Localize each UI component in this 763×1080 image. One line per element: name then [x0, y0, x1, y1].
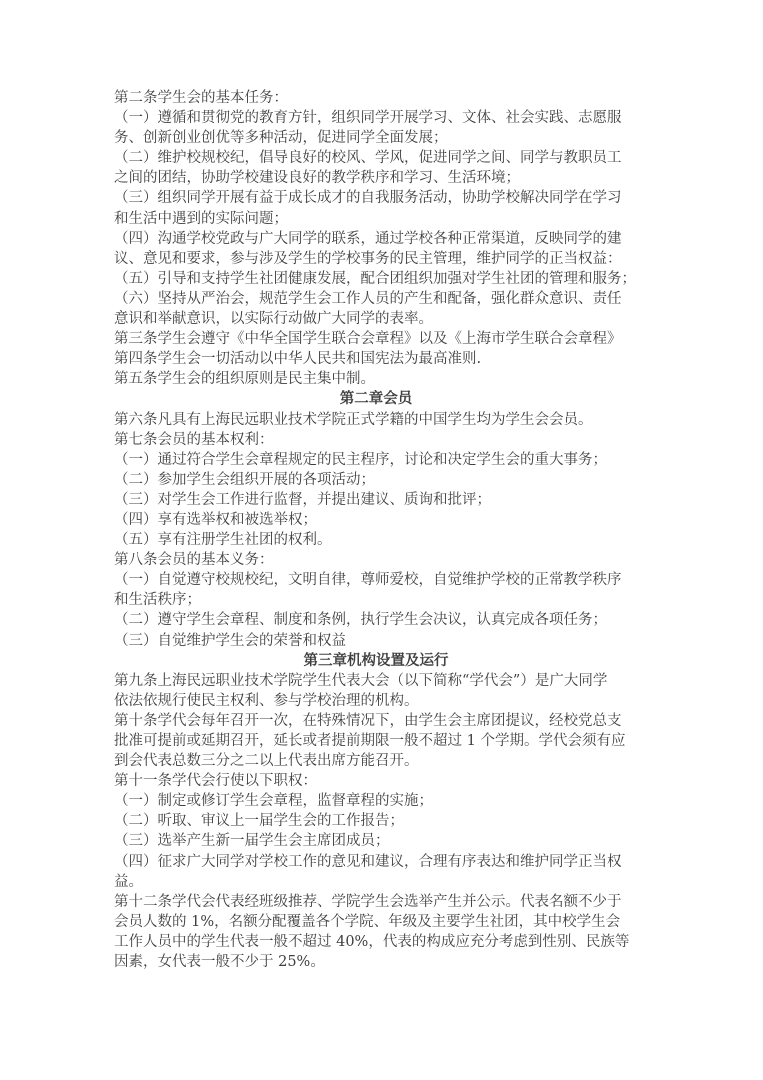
document-text-line: 第三条学生会遵守《中华全国学生联合会章程》以及《上海市学生联合会章程》 — [114, 329, 638, 349]
document-text-line: 批准可提前或延期召开，延长或者提前期限一般不超过 1 个学期。学代会须有应 — [114, 731, 638, 751]
document-text-line: （四）享有选举权和被选举权； — [114, 510, 638, 530]
document-text-line: 和生活中遇到的实际问题； — [114, 209, 638, 229]
document-text-line: （六）坚持从严治会，规范学生会工作人员的产生和配备，强化群众意识、责任 — [114, 289, 638, 309]
document-text-line: （三）组织同学开展有益于成长成才的自我服务活动，协助学校解决同学在学习 — [114, 188, 638, 208]
document-text-line: 因素，女代表一般不少于 25%。 — [114, 952, 638, 972]
document-text-line: （三）选举产生新一届学生会主席团成员； — [114, 831, 638, 851]
document-text-line: 意识和举献意识，以实际行动做广大同学的表率。 — [114, 309, 638, 329]
document-text-line: 工作人员中的学生代表一般不超过 40%，代表的构成应充分考虑到性别、民族等 — [114, 932, 638, 952]
document-text-line: （三）自觉维护学生会的荣誉和权益 — [114, 631, 638, 651]
document-text-line: 第六条凡具有上海民远职业技术学院正式学籍的中国学生均为学生会会员。 — [114, 410, 638, 430]
document-text-line: 第四条学生会一切活动以中华人民共和国宪法为最高准则. — [114, 349, 638, 369]
document-text-line: 第十条学代会每年召开一次，在特殊情况下，由学生会主席团提议，经校党总支 — [114, 711, 638, 731]
document-text-line: 到会代表总数三分之二以上代表出席方能召开。 — [114, 751, 638, 771]
document-text-line: 第九条上海民远职业技术学院学生代表大会（以下简称“学代会”）是广大同学 — [114, 671, 638, 691]
document-text-line: 第七条会员的基本权利： — [114, 430, 638, 450]
document-text-line: （一）遵循和贯彻党的教育方针，组织同学开展学习、文体、社会实践、志愿服 — [114, 108, 638, 128]
document-text-line: 第十二条学代会代表经班级推荐、学院学生会选举产生并公示。代表名额不少于 — [114, 892, 638, 912]
document-text-line: 依法依规行使民主权利、参与学校治理的机构。 — [114, 691, 638, 711]
document-text-line: （四）沟通学校党政与广大同学的联系，通过学校各种正常渠道，反映同学的建 — [114, 229, 638, 249]
document-text-line: 第八条会员的基本义务： — [114, 550, 638, 570]
chapter-heading: 第三章机构设置及运行 — [114, 651, 638, 671]
document-text-line: （一）自觉遵守校规校纪，文明自律，尊师爱校，自觉维护学校的正常教学秩序 — [114, 570, 638, 590]
document-text-line: 第十一条学代会行使以下职权： — [114, 771, 638, 791]
document-text-line: （五）引导和支持学生社团健康发展，配合团组织加强对学生社团的管理和服务； — [114, 269, 638, 289]
document-text-line: 第二条学生会的基本任务： — [114, 88, 638, 108]
document-text-line: （四）征求广大同学对学校工作的意见和建议，合理有序表达和维护同学正当权 — [114, 852, 638, 872]
document-text-line: 和生活秩序； — [114, 590, 638, 610]
document-text-line: 议、意见和要求，参与涉及学生的学校事务的民主管理，维护同学的正当权益： — [114, 249, 638, 269]
document-text-line: （五）享有注册学生社团的权利。 — [114, 530, 638, 550]
chapter-heading: 第二章会员 — [114, 389, 638, 409]
document-text-line: 第五条学生会的组织原则是民主集中制。 — [114, 369, 638, 389]
document-text-line: （二）参加学生会组织开展的各项活动； — [114, 470, 638, 490]
document-text-line: 务、创新创业创优等多种活动，促进同学全面发展； — [114, 128, 638, 148]
document-text-line: （三）对学生会工作进行监督，并提出建议、质询和批评； — [114, 490, 638, 510]
document-text-line: （二）遵守学生会章程、制度和条例，执行学生会决议，认真完成各项任务； — [114, 610, 638, 630]
document-text-line: （二）维护校规校纪，倡导良好的校风、学风，促进同学之间、同学与教职员工 — [114, 148, 638, 168]
document-text-line: 会员人数的 1%，名额分配覆盖各个学院、年级及主要学生社团，其中校学生会 — [114, 912, 638, 932]
document-text-line: （一）通过符合学生会章程规定的民主程序，讨论和决定学生会的重大事务； — [114, 450, 638, 470]
document-text-line: （二）听取、审议上一届学生会的工作报告； — [114, 811, 638, 831]
document-text-line: （一）制定或修订学生会章程，监督章程的实施； — [114, 791, 638, 811]
document-body: 第二条学生会的基本任务：（一）遵循和贯彻党的教育方针，组织同学开展学习、文体、社… — [114, 88, 638, 972]
document-page: 第二条学生会的基本任务：（一）遵循和贯彻党的教育方针，组织同学开展学习、文体、社… — [0, 0, 763, 1080]
document-text-line: 之间的团结，协助学校建设良好的教学秩序和学习、生活环境； — [114, 168, 638, 188]
document-text-line: 益。 — [114, 872, 638, 892]
